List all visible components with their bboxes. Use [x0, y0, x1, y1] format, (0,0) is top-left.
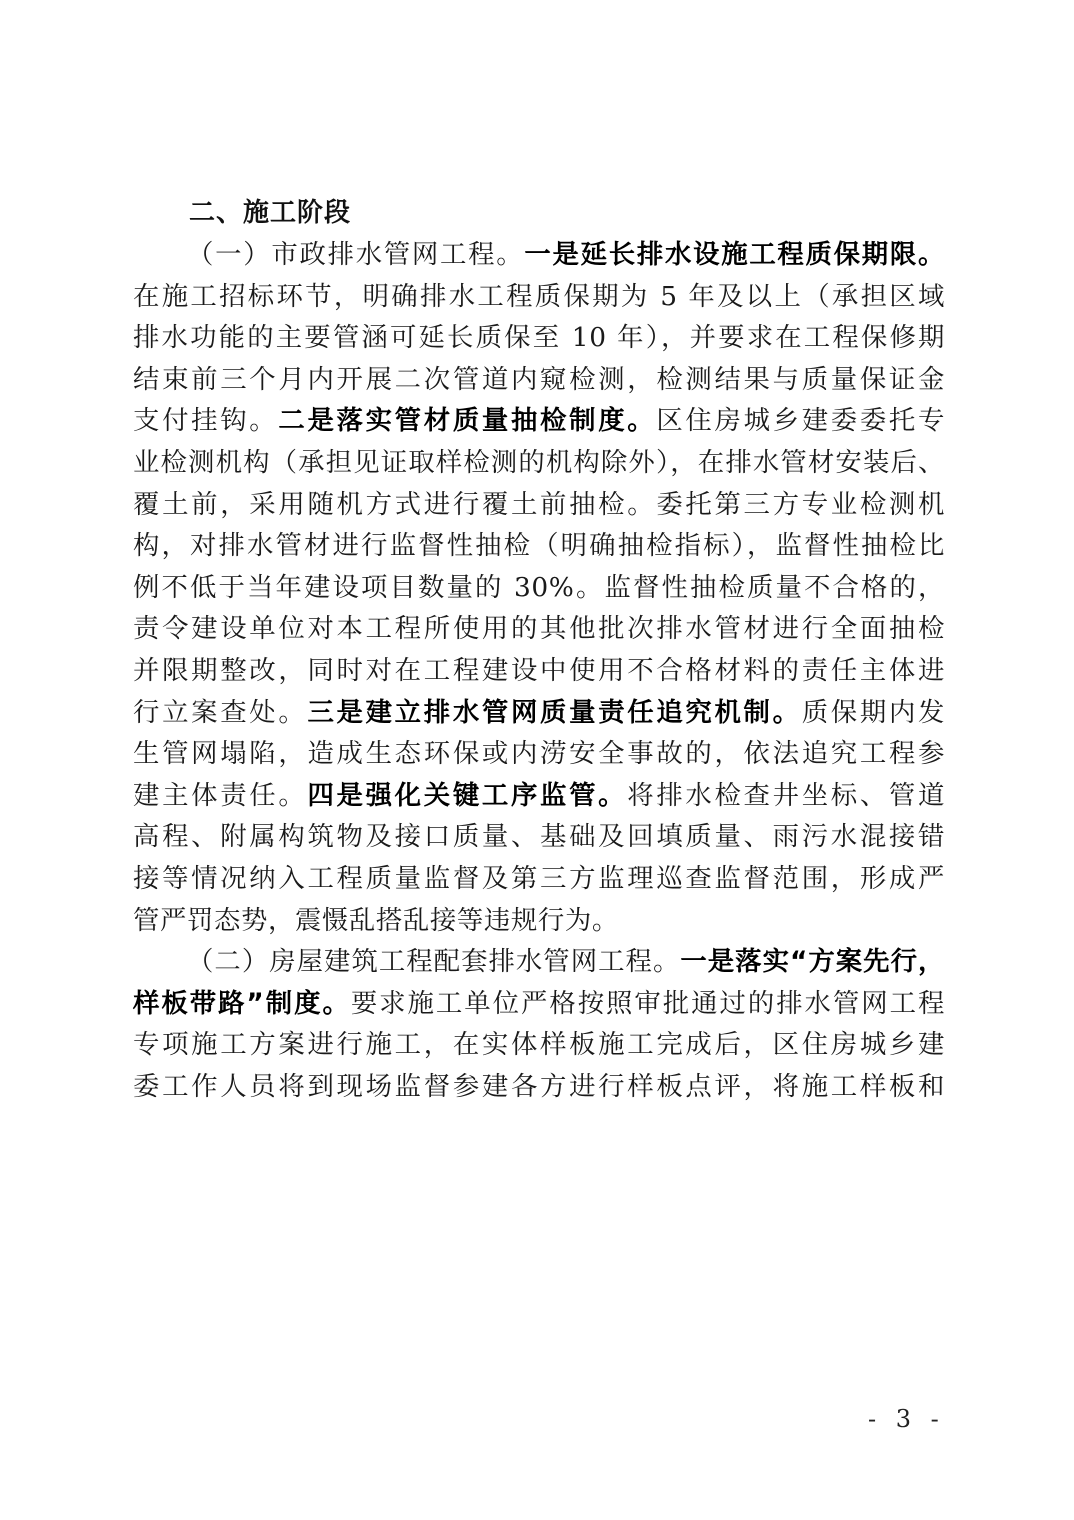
text-run: 委工作人员将到现场监督参建各方进行样板点评，将施工样板和 — [133, 1071, 945, 1102]
paragraph-building-drainage: （二）房屋建筑工程配套排水管网工程。一是落实“方案先行，样板带路”制度。要求施工… — [133, 941, 945, 1107]
text-line: 建主体责任。四是强化关键工序监管。将排水检查井坐标、管道 — [133, 775, 945, 817]
text-line: 支付挂钩。二是落实管材质量抽检制度。区住房城乡建委委托专 — [133, 400, 945, 442]
page-number: - 3 - — [868, 1405, 945, 1433]
text-run: 要求施工单位严格按照审批通过的排水管网工程 — [351, 988, 945, 1019]
text-line: 覆土前，采用随机方式进行覆土前抽检。委托第三方专业检测机 — [133, 484, 945, 526]
text-run: 业检测机构（承担见证取样检测的机构除外），在排水管材安装后、 — [133, 447, 945, 478]
text-run: 支付挂钩。 — [133, 405, 278, 436]
text-run: 质保期内发 — [802, 697, 945, 728]
document-page: 二、施工阶段 （一）市政排水管网工程。一是延长排水设施工程质保期限。在施工招标环… — [133, 192, 945, 1107]
text-run: 并限期整改，同时对在工程建设中使用不合格材料的责任主体进 — [133, 655, 945, 686]
text-run: 高程、附属构筑物及接口质量、基础及回填质量、雨污水混接错 — [133, 821, 945, 852]
paragraph-municipal-drainage: （一）市政排水管网工程。一是延长排水设施工程质保期限。在施工招标环节，明确排水工… — [133, 234, 945, 941]
text-run: 覆土前，采用随机方式进行覆土前抽检。委托第三方专业检测机 — [133, 489, 945, 520]
section-heading: 二、施工阶段 — [189, 192, 945, 234]
text-line: 例不低于当年建设项目数量的 30%。监督性抽检质量不合格的， — [133, 567, 945, 609]
text-line: 业检测机构（承担见证取样检测的机构除外），在排水管材安装后、 — [133, 442, 945, 484]
text-run: （二）房屋建筑工程配套排水管网工程。 — [187, 946, 680, 977]
text-run: 例不低于当年建设项目数量的 30%。监督性抽检质量不合格的， — [133, 572, 945, 603]
text-line: 管严罚态势，震慑乱搭乱接等违规行为。 — [133, 900, 945, 942]
text-line: 在施工招标环节，明确排水工程质保期为 5 年及以上（承担区域 — [133, 276, 945, 318]
text-run: （一）市政排水管网工程。 — [187, 239, 524, 270]
text-run: 构，对排水管材进行监督性抽检（明确抽检指标），监督性抽检比 — [133, 530, 945, 561]
bold-key-point: 样板带路”制度。 — [133, 988, 351, 1019]
bold-key-point: 一是延长排水设施工程质保期限。 — [524, 239, 945, 270]
text-line: 接等情况纳入工程质量监督及第三方监理巡查监督范围，形成严 — [133, 858, 945, 900]
text-line: 生管网塌陷，造成生态环保或内涝安全事故的，依法追究工程参 — [133, 733, 945, 775]
text-run: 区住房城乡建委委托专 — [656, 405, 945, 436]
text-run: 专项施工方案进行施工，在实体样板施工完成后，区住房城乡建 — [133, 1029, 945, 1060]
text-run: 责令建设单位对本工程所使用的其他批次排水管材进行全面抽检 — [133, 613, 945, 644]
text-line: 责令建设单位对本工程所使用的其他批次排水管材进行全面抽检 — [133, 608, 945, 650]
text-run: 行立案查处。 — [133, 697, 307, 728]
bold-key-point: 一是落实“方案先行， — [680, 946, 945, 977]
text-line: （二）房屋建筑工程配套排水管网工程。一是落实“方案先行， — [133, 941, 945, 983]
text-run: 在施工招标环节，明确排水工程质保期为 5 年及以上（承担区域 — [133, 281, 945, 312]
bold-key-point: 四是强化关键工序监管。 — [307, 780, 627, 811]
text-run: 接等情况纳入工程质量监督及第三方监理巡查监督范围，形成严 — [133, 863, 945, 894]
text-run: 建主体责任。 — [133, 780, 307, 811]
bold-key-point: 二是落实管材质量抽检制度。 — [278, 405, 656, 436]
text-line: 结束前三个月内开展二次管道内窥检测，检测结果与质量保证金 — [133, 359, 945, 401]
text-line: 专项施工方案进行施工，在实体样板施工完成后，区住房城乡建 — [133, 1024, 945, 1066]
text-run: 结束前三个月内开展二次管道内窥检测，检测结果与质量保证金 — [133, 364, 945, 395]
text-line: 并限期整改，同时对在工程建设中使用不合格材料的责任主体进 — [133, 650, 945, 692]
text-run: 排水功能的主要管涵可延长质保至 10 年），并要求在工程保修期 — [133, 322, 945, 353]
bold-key-point: 三是建立排水管网质量责任追究机制。 — [307, 697, 801, 728]
text-line: 高程、附属构筑物及接口质量、基础及回填质量、雨污水混接错 — [133, 816, 945, 858]
text-line: 行立案查处。三是建立排水管网质量责任追究机制。质保期内发 — [133, 692, 945, 734]
text-line: （一）市政排水管网工程。一是延长排水设施工程质保期限。 — [133, 234, 945, 276]
text-run: 生管网塌陷，造成生态环保或内涝安全事故的，依法追究工程参 — [133, 738, 945, 769]
text-line: 构，对排水管材进行监督性抽检（明确抽检指标），监督性抽检比 — [133, 525, 945, 567]
text-line: 样板带路”制度。要求施工单位严格按照审批通过的排水管网工程 — [133, 983, 945, 1025]
text-run: 管严罚态势，震慑乱搭乱接等违规行为。 — [133, 905, 619, 936]
text-run: 将排水检查井坐标、管道 — [627, 780, 945, 811]
text-line: 排水功能的主要管涵可延长质保至 10 年），并要求在工程保修期 — [133, 317, 945, 359]
text-line: 委工作人员将到现场监督参建各方进行样板点评，将施工样板和 — [133, 1066, 945, 1108]
